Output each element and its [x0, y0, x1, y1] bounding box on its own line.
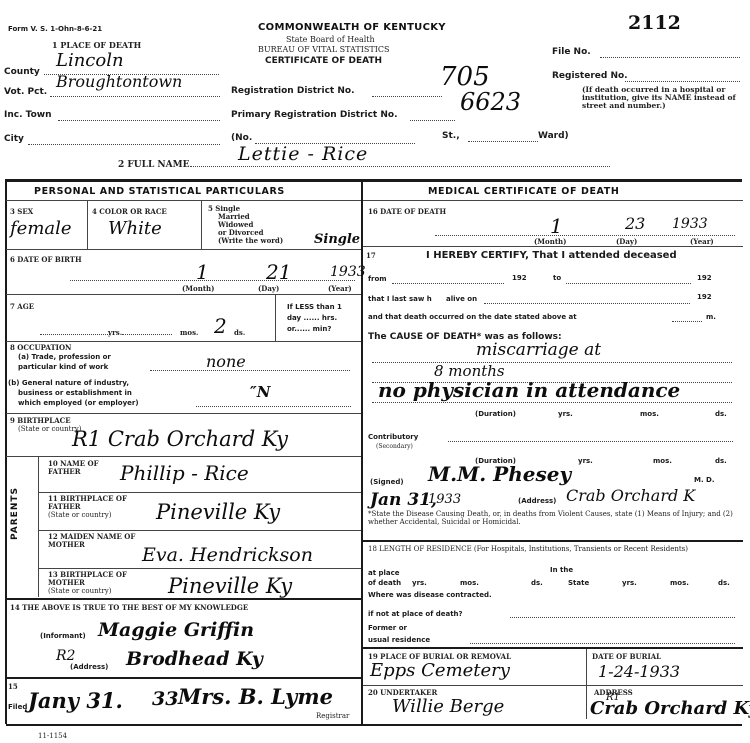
at-place-label: at place — [368, 569, 400, 577]
race-label: 4 COLOR OR RACE — [92, 207, 167, 216]
occupation-b-label: (b) General nature of industry, — [8, 379, 129, 387]
filed-date: Jany 31. — [28, 688, 123, 713]
signed-label: (Signed) — [370, 478, 404, 486]
county-label: County — [4, 67, 40, 77]
rule — [6, 249, 361, 250]
rule — [363, 200, 743, 201]
occupation-label: 8 OCCUPATION — [10, 343, 71, 352]
duration-label: (Duration) — [475, 410, 516, 418]
vot-pct-field: Broughtontown — [50, 78, 220, 97]
mother-birthplace-value: Pineville Ky — [168, 574, 292, 598]
certificate-title: CERTIFICATE OF DEATH — [265, 56, 382, 66]
filed-label: Filed — [8, 703, 27, 711]
to-label: to — [553, 274, 561, 282]
parents-label: PARENTS — [10, 487, 20, 540]
dob-label: 6 DATE OF BIRTH — [10, 255, 82, 264]
duration2-mos-label: mos. — [653, 457, 672, 465]
bureau-title: BUREAU OF VITAL STATISTICS — [258, 45, 389, 54]
signed-date: Jan 31, — [370, 490, 437, 510]
usual-residence-label: usual residence — [368, 636, 430, 644]
filed-number: 15 — [8, 682, 18, 691]
certify-number: 17 — [366, 251, 376, 260]
reg-district-label: Registration District No. — [231, 86, 355, 96]
rule — [6, 677, 361, 679]
father-name-value: Phillip - Rice — [120, 461, 249, 485]
age-mos-label: mos. — [180, 328, 198, 337]
left-frame-rule — [5, 179, 7, 724]
undertaker-value: Willie Berge — [392, 696, 504, 717]
father-name-label: 10 NAME OF FATHER — [48, 460, 108, 476]
to-field — [566, 277, 691, 284]
where-contracted-label: Where was disease contracted. — [368, 591, 492, 599]
residence-yrs-label: yrs. — [412, 579, 427, 587]
informant-value: Maggie Griffin — [98, 619, 254, 641]
dod-year-label: (Year) — [690, 237, 714, 246]
occupation-b-field — [196, 401, 351, 407]
doctor-address-label: (Address) — [518, 497, 556, 505]
cause-line1-value: miscarriage at — [476, 340, 601, 360]
rule — [275, 295, 276, 341]
rule — [363, 540, 743, 542]
number-label: (No. — [231, 133, 252, 143]
city-field — [28, 136, 220, 145]
rule — [6, 598, 361, 600]
day-hrs-label: day ...... hrs. — [287, 314, 337, 322]
registrar-signature: Mrs. B. Lyme — [178, 684, 333, 709]
rule — [201, 201, 202, 249]
dod-month: 1 — [550, 214, 563, 238]
marital-write: (Write the word) — [208, 237, 283, 245]
state-ds-label: ds. — [718, 579, 730, 587]
primary-reg-field — [410, 112, 455, 121]
occupation-a-field — [150, 365, 350, 371]
city-label: City — [4, 134, 24, 144]
dob-day: 21 — [266, 260, 291, 284]
to-year-prefix: 192 — [697, 274, 712, 282]
burial-date-label: DATE OF BURIAL — [592, 652, 661, 661]
rule — [6, 456, 361, 457]
dob-month-label: (Month) — [182, 284, 214, 293]
dob-year: 1933 — [330, 264, 366, 280]
father-birthplace-value: Pineville Ky — [156, 500, 280, 524]
marital-options: 5 Single Married Widowed or Divorced (Wr… — [208, 205, 283, 245]
bottom-frame-rule — [6, 724, 742, 726]
occupation-b-value: ″N — [250, 383, 270, 401]
state-label: State — [568, 579, 589, 587]
duration-mos-label: mos. — [640, 410, 659, 418]
from-label: from — [368, 275, 387, 283]
filed-year: 33 — [152, 688, 178, 710]
top-frame-rule — [6, 179, 742, 182]
alive-on-label: alive on — [446, 295, 477, 303]
m-label: m. — [706, 313, 716, 321]
certificate-number: 2112 — [628, 12, 681, 34]
burial-place-value: Epps Cemetery — [370, 660, 510, 681]
duration-ds-label: ds. — [715, 410, 727, 418]
birthplace-label: 9 BIRTHPLACE — [10, 416, 71, 425]
rule — [6, 294, 361, 295]
secondary-label: (Secondary) — [376, 443, 413, 450]
duration-yrs-label: yrs. — [558, 410, 573, 418]
rule — [363, 685, 743, 686]
mother-maiden-value: Eva. Hendrickson — [142, 544, 313, 566]
md-label: M. D. — [694, 476, 715, 484]
from-field — [392, 277, 504, 284]
less-than-day-label: If LESS than 1 — [287, 303, 342, 311]
dod-year: 1933 — [672, 216, 708, 232]
rule — [363, 246, 743, 247]
residence-label: 18 LENGTH OF RESIDENCE (For Hospitals, I… — [368, 545, 736, 554]
county-value: Lincoln — [56, 50, 124, 71]
rule — [87, 201, 88, 249]
primary-reg-value: 6623 — [460, 88, 521, 116]
age-yrs-field — [40, 328, 110, 335]
rule — [38, 492, 361, 493]
center-divider — [361, 179, 363, 724]
street-label: St., — [442, 131, 460, 141]
full-name-field: Lettie - Rice — [190, 150, 610, 167]
dob-month: 1 — [196, 260, 209, 284]
rule — [363, 647, 743, 649]
in-the-label: In the — [550, 566, 573, 574]
informant-label: (Informant) — [40, 632, 86, 640]
rule — [6, 200, 361, 201]
dob-field — [70, 272, 355, 281]
cause-line3-value: no physician in attendance — [378, 378, 680, 402]
doctor-address-value: Crab Orchard K — [566, 486, 695, 505]
vot-pct-value: Broughtontown — [56, 72, 182, 91]
alive-on-field — [484, 297, 690, 304]
rule — [586, 649, 587, 719]
last-saw-label: that I last saw h — [368, 295, 432, 303]
contributory-field — [448, 437, 733, 442]
sex-value: female — [10, 218, 72, 239]
primary-reg-label: Primary Registration District No. — [231, 110, 398, 120]
reg-district-field — [372, 88, 442, 97]
birthplace-value: R1 Crab Orchard Ky — [72, 427, 288, 451]
dod-month-label: (Month) — [534, 237, 566, 246]
occupation-a-label: (a) Trade, profession or — [18, 353, 111, 361]
of-death-label: of death — [368, 579, 401, 587]
residence-ds-label: ds. — [531, 579, 543, 587]
usual-residence-field — [470, 639, 735, 644]
if-not-label: if not at place of death? — [368, 610, 463, 618]
full-name-label: 2 FULL NAME — [118, 160, 189, 170]
signed-value: M.M. Phesey — [428, 462, 571, 486]
dod-day-label: (Day) — [616, 237, 637, 246]
marital-value: Single — [314, 232, 360, 247]
duration2-ds-label: ds. — [715, 457, 727, 465]
full-name-value: Lettie - Rice — [238, 143, 368, 165]
personal-section-title: PERSONAL AND STATISTICAL PARTICULARS — [34, 186, 285, 197]
commonwealth-title: COMMONWEALTH OF KENTUCKY — [258, 22, 446, 33]
file-no-label: File No. — [552, 47, 591, 57]
certify-text: I HEREBY CERTIFY, That I attended deceas… — [426, 250, 677, 261]
rule — [38, 457, 39, 597]
occupation-a-value: none — [206, 352, 246, 371]
mother-birthplace-sub: (State or country) — [48, 587, 111, 595]
occupation-b3-label: which employed (or employer) — [18, 399, 139, 407]
medical-section-title: MEDICAL CERTIFICATE OF DEATH — [428, 186, 619, 197]
age-days-value: 2 — [214, 314, 227, 338]
rule — [38, 568, 361, 569]
burial-date-value: 1-24-1933 — [598, 662, 680, 681]
duration2-yrs-label: yrs. — [578, 457, 593, 465]
street-field — [468, 133, 538, 142]
state-yrs-label: yrs. — [622, 579, 637, 587]
age-yrs-label: yrs. — [108, 328, 122, 337]
informant-address-value: Brodhead Ky — [126, 648, 263, 670]
father-birthplace-label: 11 BIRTHPLACE OF FATHER — [48, 495, 153, 511]
rule — [6, 413, 361, 414]
or-min-label: or...... min? — [287, 325, 331, 333]
age-label: 7 AGE — [10, 302, 34, 311]
age-days-label: ds. — [234, 328, 245, 337]
true-statement: 14 THE ABOVE IS TRUE TO THE BEST OF MY K… — [10, 603, 248, 612]
form-number: Form V. S. 1-Ohn-8-6-21 — [8, 25, 102, 33]
dod-label: 16 DATE OF DEATH — [368, 207, 446, 216]
state-mos-label: mos. — [670, 579, 689, 587]
mother-birthplace-label: 13 BIRTHPLACE OF MOTHER — [48, 571, 153, 587]
cause-footnote: *State the Disease Causing Death, or, in… — [368, 510, 736, 526]
registered-no-field — [625, 73, 740, 82]
board-of-health: State Board of Health — [286, 35, 375, 44]
inc-town-field — [58, 112, 220, 121]
inc-town-label: Inc. Town — [4, 110, 52, 120]
registrar-label: Registrar — [316, 712, 349, 720]
file-no-field — [600, 49, 740, 58]
father-birthplace-sub: (State or country) — [48, 511, 111, 519]
ward-label: Ward) — [538, 131, 569, 141]
registered-no-label: Registered No. — [552, 71, 628, 81]
occupation-b2-label: business or establishment in — [18, 389, 132, 397]
footer-code: 11-1154 — [38, 732, 67, 740]
dob-year-label: (Year) — [328, 284, 352, 293]
signed-year: 1933 — [428, 492, 461, 507]
mother-maiden-label: 12 MAIDEN NAME OF MOTHER — [48, 533, 148, 549]
occupation-a2-label: particular kind of work — [18, 363, 108, 371]
rule — [6, 341, 361, 342]
alive-year-prefix: 192 — [697, 293, 712, 301]
age-mos-field — [122, 328, 172, 335]
death-time-field — [672, 315, 702, 322]
hospital-note: (If death occurred in a hospital or inst… — [582, 86, 742, 110]
if-not-field — [510, 613, 735, 618]
contributory-label: Contributory — [368, 433, 418, 441]
vot-pct-label: Vot. Pct. — [4, 87, 47, 97]
from-year-prefix: 192 — [512, 274, 527, 282]
undertaker-address-value: Crab Orchard Ky — [590, 698, 750, 719]
dod-day: 23 — [625, 214, 645, 233]
death-occurred-label: and that death occurred on the date stat… — [368, 313, 577, 321]
former-label: Former or — [368, 624, 407, 632]
residence-mos-label: mos. — [460, 579, 479, 587]
sex-label: 3 SEX — [10, 207, 33, 216]
rule — [38, 530, 361, 531]
informant-address-prefix: R2 — [56, 648, 75, 664]
dob-day-label: (Day) — [258, 284, 279, 293]
place-of-death-label: 1 PLACE OF DEATH — [52, 40, 141, 50]
informant-address-label: (Address) — [70, 663, 108, 671]
race-value: White — [108, 218, 162, 239]
